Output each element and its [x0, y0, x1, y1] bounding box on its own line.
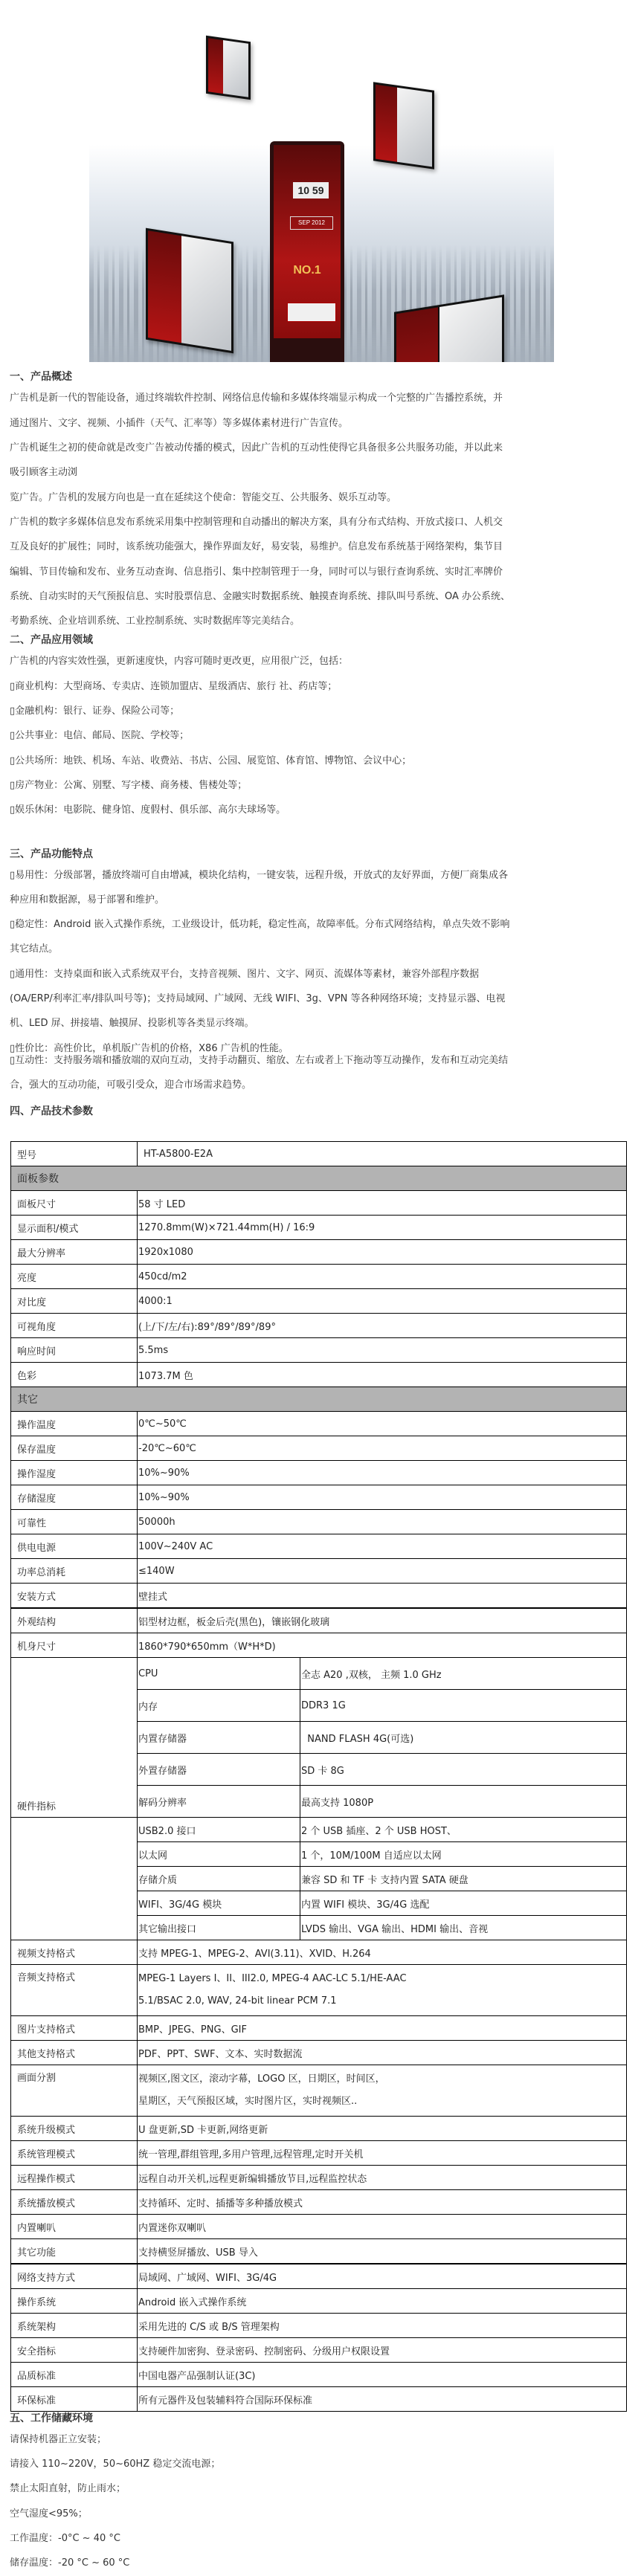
- spec-value: 10%~90%: [138, 1485, 627, 1510]
- spec-value: -20℃~60℃: [138, 1436, 627, 1461]
- spec-value-line: 视频区,图文区，滚动字幕，LOGO 区，日期区，时间区，: [138, 2068, 620, 2091]
- table-section-header: 面板参数: [11, 1166, 627, 1191]
- table-row: 安全指标支持硬件加密狗、登录密码、控制密码、分级用户权限设置: [11, 2338, 627, 2363]
- table-row: 图片支持格式BMP、JPEG、PNG、GIF: [11, 2016, 627, 2041]
- paragraph-line: 广告机诞生之初的使命就是改变广告被动传播的模式，因此广告机的互动性使得它具备很多…: [10, 440, 503, 456]
- table-row: 可靠性50000h: [11, 1510, 627, 1534]
- paragraph-line: 系统、自动实时的天气预报信息、实时股票信息、金融实时数据系统、触摸查询系统、排队…: [10, 589, 510, 605]
- section-header-panel: 面板参数: [11, 1166, 627, 1191]
- spec-label: 操作湿度: [11, 1461, 138, 1485]
- spec-label: 内置喇叭: [11, 2215, 138, 2239]
- list-item: ▯公共场所：地铁、机场、车站、收费站、书店、公园、展览馆、体育馆、博物馆、会议中…: [10, 753, 411, 769]
- spec-value: LVDS 输出、VGA 输出、HDMI 输出、音视: [300, 1916, 627, 1940]
- spec-label: 功率总消耗: [11, 1559, 138, 1584]
- table-section-header: 其它: [11, 1387, 627, 1412]
- spec-value: SD 卡 8G: [300, 1754, 627, 1786]
- paragraph-line: ▯互动性：支持服务端和播放端的双向互动，支持手动翻页、缩放、左右或者上下拖动等互…: [10, 1053, 508, 1069]
- spec-label: 网络支持方式: [11, 2264, 138, 2289]
- spec-label: 供电电源: [11, 1534, 138, 1559]
- list-item: ▯公共事业：电信、邮局、医院、学校等；: [10, 728, 189, 744]
- kiosk-clock: 10 59: [293, 182, 329, 198]
- list-item: ▯房产物业：公寓、别墅、写字楼、商务楼、售楼处等；: [10, 778, 247, 794]
- spec-value: 兼容 SD 和 TF 卡 支持内置 SATA 硬盘: [300, 1867, 627, 1891]
- spec-label: 系统播放模式: [11, 2190, 138, 2215]
- spec-value: 58 寸 LED: [138, 1191, 627, 1216]
- spec-value: 支持横竖屏播放、USB 导入: [138, 2239, 627, 2265]
- spec-label: 保存温度: [11, 1436, 138, 1461]
- spec-value: ≤140W: [138, 1559, 627, 1584]
- spec-label: 安装方式: [11, 1584, 138, 1609]
- section-title-environment: 五、工作储藏环境: [10, 2410, 93, 2425]
- table-row: 硬件指标 CPU 全志 A20 ,双核， 主频 1.0 GHz: [11, 1658, 627, 1690]
- spec-value: 局域网、广域网、WIFI、3G/4G: [138, 2264, 627, 2289]
- spec-label: 可视角度: [11, 1314, 138, 1338]
- spec-value: HT-A5800-E2A: [138, 1142, 627, 1166]
- spec-value: 采用先进的 C/S 或 B/S 管理架构: [138, 2314, 627, 2338]
- paragraph-line: 广告机的内容实效性强，更新速度快，内容可随时更改更，应用很广泛，包括：: [10, 653, 348, 670]
- spec-value: 支持硬件加密狗、登录密码、控制密码、分级用户权限设置: [138, 2338, 627, 2363]
- table-row: 系统播放模式支持循环、定时、插播等多种播放模式: [11, 2190, 627, 2215]
- table-row: 内置喇叭内置迷你双喇叭: [11, 2215, 627, 2239]
- spec-value-line: MPEG-1 Layers I、II、III2.0, MPEG-4 AAC-LC…: [138, 1968, 620, 1990]
- spec-value: DDR3 1G: [300, 1690, 627, 1722]
- paragraph-line: 互及良好的扩展性；同时，该系统功能强大，操作界面友好，易安装，易维护。信息发布系…: [10, 539, 503, 555]
- table-row: 环保标准所有元器件及包装辅料符合国际环保标准: [11, 2387, 627, 2412]
- list-item: ▯金融机构：银行、证券、保险公司等；: [10, 703, 179, 720]
- spec-value: BMP、JPEG、PNG、GIF: [138, 2016, 627, 2041]
- spec-group-label-interfaces: [11, 1818, 138, 1940]
- spec-value: 最高支持 1080P: [300, 1786, 627, 1818]
- paragraph-line: 机、LED 屏、拼接墙、触摸屏、投影机等各类显示终端。: [10, 1016, 254, 1032]
- section-header-other: 其它: [11, 1387, 627, 1412]
- spec-label: 图片支持格式: [11, 2016, 138, 2041]
- spec-value: 所有元器件及包装辅料符合国际环保标准: [138, 2387, 627, 2412]
- paragraph-line: 请接入 110~220V，50~60HZ 稳定交流电源；: [10, 2456, 220, 2473]
- spec-sublabel: 外置存储器: [138, 1754, 300, 1786]
- wall-screen-left: [146, 228, 233, 354]
- kiosk-badge: NO.1: [274, 264, 341, 277]
- section-title-overview: 一、产品概述: [10, 369, 72, 384]
- paragraph-line: (OA/ERP/利率汇率/排队叫号等)；支持局域网、广域网、无线 WIFI、3g…: [10, 991, 506, 1007]
- spec-value: 远程自动开关机,远程更新编辑播放节目,远程监控状态: [138, 2166, 627, 2190]
- paragraph-line: ▯通用性：支持桌面和嵌入式系统双平台，支持音视频、图片、文字、网页、流媒体等素材…: [10, 966, 479, 983]
- spec-value: 10%~90%: [138, 1461, 627, 1485]
- kiosk-hotline-box: [287, 303, 336, 322]
- wall-screen-right: [394, 294, 504, 362]
- floor-kiosk: 10 59 SEP 2012 NO.1: [270, 141, 344, 362]
- spec-label: 其他支持格式: [11, 2041, 138, 2065]
- paragraph-line: 吸引顾客主动浏: [10, 465, 77, 481]
- spec-sublabel: CPU: [138, 1658, 300, 1690]
- paragraph-line: 通过图片、文字、视频、小插件（天气、汇率等）等多媒体素材进行广告宣传。: [10, 416, 348, 432]
- spec-label: 外观结构: [11, 1608, 138, 1633]
- spec-label: 操作温度: [11, 1412, 138, 1436]
- paragraph-line: ▯稳定性：Android 嵌入式操作系统，工业级设计，低功耗，稳定性高，故障率低…: [10, 917, 510, 933]
- spec-value: 450cd/m2: [138, 1265, 627, 1289]
- table-row: 系统管理模式统一管理,群组管理,多用户管理,远程管理,定时开关机: [11, 2141, 627, 2166]
- spec-value: U 盘更新,SD 卡更新,网络更新: [138, 2117, 627, 2141]
- spec-sublabel: 其它输出接口: [138, 1916, 300, 1940]
- list-item: ▯娱乐休闲：电影院、健身馆、度假村、俱乐部、高尔夫球场等。: [10, 802, 286, 819]
- spec-label: 视频支持格式: [11, 1940, 138, 1965]
- table-row: 显示面积/模式1270.8mm(W)×721.44mm(H) / 16:9: [11, 1216, 627, 1240]
- table-row: 远程操作模式远程自动开关机,远程更新编辑播放节目,远程监控状态: [11, 2166, 627, 2190]
- spec-value: 统一管理,群组管理,多用户管理,远程管理,定时开关机: [138, 2141, 627, 2166]
- section-title-features: 三、产品功能特点: [10, 846, 93, 861]
- spec-label: 系统架构: [11, 2314, 138, 2338]
- spec-label: 系统管理模式: [11, 2141, 138, 2166]
- spec-value: PDF、PPT、SWF、文本、实时数据流: [138, 2041, 627, 2065]
- table-row: 音频支持格式 MPEG-1 Layers I、II、III2.0, MPEG-4…: [11, 1965, 627, 2016]
- paragraph-line: 储存温度：-20 °C ~ 60 °C: [10, 2555, 129, 2572]
- spec-value: 支持 MPEG-1、MPEG-2、AVI(3.11)、XVID、H.264: [138, 1940, 627, 1965]
- table-row: 操作系统Android 嵌入式操作系统: [11, 2289, 627, 2314]
- paragraph-line: 禁止太阳直射，防止雨水；: [10, 2481, 126, 2497]
- spec-sublabel: 内存: [138, 1690, 300, 1722]
- spec-label: 最大分辨率: [11, 1240, 138, 1265]
- spec-value: 内置迷你双喇叭: [138, 2215, 627, 2239]
- table-row: 视频支持格式支持 MPEG-1、MPEG-2、AVI(3.11)、XVID、H.…: [11, 1940, 627, 1965]
- paragraph-line: 览广告。广告机的发展方向也是一直在延续这个使命：智能交互、公共服务、娱乐互动等。: [10, 490, 396, 506]
- table-row: 其它功能支持横竖屏播放、USB 导入: [11, 2239, 627, 2265]
- spec-sublabel: USB2.0 接口: [138, 1818, 300, 1842]
- spec-value: 100V~240V AC: [138, 1534, 627, 1559]
- table-row: 品质标准中国电器产品强制认证(3C): [11, 2363, 627, 2387]
- spec-value: 1073.7M 色: [138, 1363, 627, 1387]
- spec-value: 5.5ms: [138, 1338, 627, 1363]
- table-row: 系统架构采用先进的 C/S 或 B/S 管理架构: [11, 2314, 627, 2338]
- spec-label: 可靠性: [11, 1510, 138, 1534]
- table-row: USB2.0 接口 2 个 USB 插座、2 个 USB HOST、: [11, 1818, 627, 1842]
- spec-value-line: 5.1/BSAC 2.0, WAV, 24-bit linear PCM 7.1: [138, 1990, 620, 2012]
- spec-label: 系统升级模式: [11, 2117, 138, 2141]
- spec-label: 存储湿度: [11, 1485, 138, 1510]
- table-row: 色彩1073.7M 色: [11, 1363, 627, 1387]
- table-row: 供电电源100V~240V AC: [11, 1534, 627, 1559]
- spec-sublabel: 存储介质: [138, 1867, 300, 1891]
- kiosk-date: SEP 2012: [290, 216, 333, 230]
- table-row: 功率总消耗≤140W: [11, 1559, 627, 1584]
- paragraph-line: 其它结点。: [10, 941, 58, 958]
- spec-label: 机身尺寸: [11, 1633, 138, 1658]
- paragraph-line: 编辑、节目传输和发布、业务互动查询、信息指引、集中控制管理于一身，同时可以与银行…: [10, 564, 503, 581]
- paragraph-line: 空气湿度<95%；: [10, 2506, 88, 2522]
- spec-label: 音频支持格式: [11, 1965, 138, 2016]
- table-row: 网络支持方式局域网、广域网、WIFI、3G/4G: [11, 2264, 627, 2289]
- spec-value: 支持循环、定时、插播等多种播放模式: [138, 2190, 627, 2215]
- spec-sublabel: 解码分辨率: [138, 1786, 300, 1818]
- spec-label: 品质标准: [11, 2363, 138, 2387]
- section-title-specs: 四、产品技术参数: [10, 1103, 93, 1118]
- table-row: 操作湿度10%~90%: [11, 1461, 627, 1485]
- wall-screen-top-left: [206, 36, 251, 100]
- wall-screen-top-right: [373, 82, 434, 170]
- spec-label: 型号: [11, 1142, 138, 1166]
- table-row: 可视角度(上/下/左/右):89°/89°/89°/89°: [11, 1314, 627, 1338]
- table-row: 安装方式壁挂式: [11, 1584, 627, 1609]
- table-row: 面板尺寸58 寸 LED: [11, 1191, 627, 1216]
- spec-label: 色彩: [11, 1363, 138, 1387]
- paragraph-line: 广告机的数字多媒体信息发布系统采用集中控制管理和自动播出的解决方案，具有分布式结…: [10, 514, 503, 531]
- spec-value: 1920x1080: [138, 1240, 627, 1265]
- spec-value: 视频区,图文区，滚动字幕，LOGO 区，日期区，时间区， 星期区，天气预报区域，…: [138, 2065, 627, 2117]
- spec-label: 画面分割: [11, 2065, 138, 2117]
- table-row: 外观结构铝型材边框，板金后壳(黑色)，镶嵌钢化玻璃: [11, 1608, 627, 1633]
- paragraph-line: 请保持机器正立安装；: [10, 2432, 106, 2448]
- spec-value: 1 个，10M/100M 自适应以太网: [300, 1842, 627, 1867]
- spec-value-line: 星期区，天气预报区域，实时图片区，实时视频区..: [138, 2091, 620, 2113]
- table-row: 对比度4000:1: [11, 1289, 627, 1314]
- table-row: 型号 HT-A5800-E2A: [11, 1142, 627, 1166]
- spec-value: 铝型材边框，板金后壳(黑色)，镶嵌钢化玻璃: [138, 1608, 627, 1633]
- table-row: 亮度450cd/m2: [11, 1265, 627, 1289]
- spec-label: 其它功能: [11, 2239, 138, 2265]
- list-item: ▯商业机构：大型商场、专卖店、连锁加盟店、星级酒店、旅行 社、药店等；: [10, 679, 337, 695]
- table-row: 最大分辨率1920x1080: [11, 1240, 627, 1265]
- product-hero-image: 10 59 SEP 2012 NO.1: [89, 0, 554, 362]
- spec-value: 1860*790*650mm（W*H*D): [138, 1633, 627, 1658]
- table-row: 保存温度-20℃~60℃: [11, 1436, 627, 1461]
- spec-value: 内置 WIFI 模块、3G/4G 选配: [300, 1891, 627, 1916]
- paragraph-line: 广告机是新一代的智能设备，通过终端软件控制、网络信息传输和多媒体终端显示构成一个…: [10, 390, 503, 407]
- spec-value: 壁挂式: [138, 1584, 627, 1609]
- spec-value: 中国电器产品强制认证(3C): [138, 2363, 627, 2387]
- paragraph-line: ▯易用性：分级部署，播放终端可自由增减，模块化结构，一键安装，远程升级，开放式的…: [10, 868, 508, 884]
- spec-value: 0℃~50℃: [138, 1412, 627, 1436]
- paragraph-line: 考勤系统、企业培训系统、工业控制系统、实时数据库等完美结合。: [10, 613, 300, 630]
- table-row: 响应时间5.5ms: [11, 1338, 627, 1363]
- paragraph-line: 种应用和数据源，易于部署和维护。: [10, 892, 164, 908]
- spec-value: 50000h: [138, 1510, 627, 1534]
- spec-sublabel: 内置存储器: [138, 1722, 300, 1754]
- spec-value: 1270.8mm(W)×721.44mm(H) / 16:9: [138, 1216, 627, 1240]
- spec-label: 面板尺寸: [11, 1191, 138, 1216]
- paragraph-line: 工作温度：-0°C ~ 40 °C: [10, 2531, 120, 2547]
- spec-value: (上/下/左/右):89°/89°/89°/89°: [138, 1314, 627, 1338]
- spec-label: 显示面积/模式: [11, 1216, 138, 1240]
- spec-value: Android 嵌入式操作系统: [138, 2289, 627, 2314]
- spec-group-label-hardware: 硬件指标: [11, 1658, 138, 1818]
- spec-value: MPEG-1 Layers I、II、III2.0, MPEG-4 AAC-LC…: [138, 1965, 627, 2016]
- spec-label: 对比度: [11, 1289, 138, 1314]
- table-row: 操作温度0℃~50℃: [11, 1412, 627, 1436]
- spec-value: 全志 A20 ,双核， 主频 1.0 GHz: [300, 1658, 627, 1690]
- table-row: 画面分割 视频区,图文区，滚动字幕，LOGO 区，日期区，时间区， 星期区，天气…: [11, 2065, 627, 2117]
- spec-label: 安全指标: [11, 2338, 138, 2363]
- spec-value: 4000:1: [138, 1289, 627, 1314]
- spec-sublabel: 以太网: [138, 1842, 300, 1867]
- spec-table: 型号 HT-A5800-E2A 面板参数 面板尺寸58 寸 LED 显示面积/模…: [10, 1141, 627, 2412]
- spec-sublabel: WIFI、3G/4G 模块: [138, 1891, 300, 1916]
- spec-value: 2 个 USB 插座、2 个 USB HOST、: [300, 1818, 627, 1842]
- table-row: 机身尺寸1860*790*650mm（W*H*D): [11, 1633, 627, 1658]
- table-row: 其他支持格式PDF、PPT、SWF、文本、实时数据流: [11, 2041, 627, 2065]
- spec-value: NAND FLASH 4G(可选): [300, 1722, 627, 1754]
- section-title-applications: 二、产品应用领域: [10, 632, 93, 647]
- paragraph-line: 合，强大的互动功能，可吸引受众，迎合市场需求趋势。: [10, 1077, 251, 1094]
- spec-label: 亮度: [11, 1265, 138, 1289]
- table-row: 系统升级模式U 盘更新,SD 卡更新,网络更新: [11, 2117, 627, 2141]
- spec-label: 响应时间: [11, 1338, 138, 1363]
- spec-label: 远程操作模式: [11, 2166, 138, 2190]
- spec-label: 操作系统: [11, 2289, 138, 2314]
- table-row: 存储湿度10%~90%: [11, 1485, 627, 1510]
- spec-label: 环保标准: [11, 2387, 138, 2412]
